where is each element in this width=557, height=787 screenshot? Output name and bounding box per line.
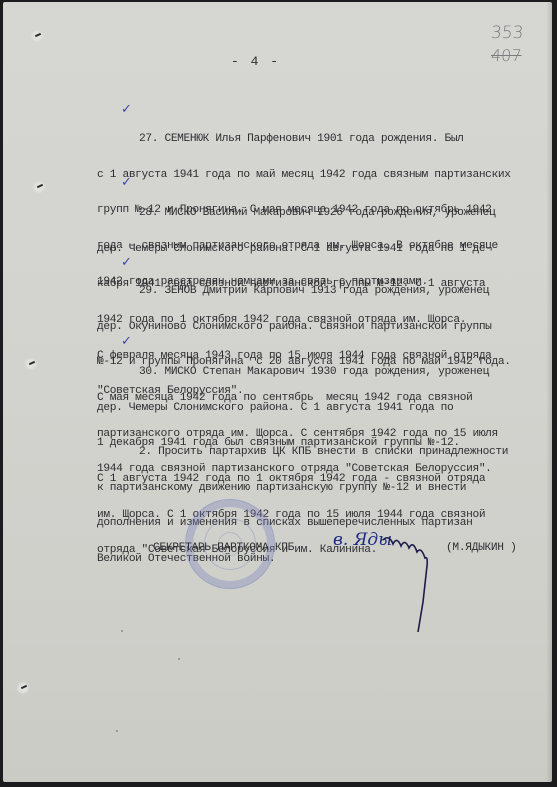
- resolution-line: к партизанскому движению партизанскую гр…: [97, 483, 508, 495]
- punch-hole-middle: [23, 358, 39, 370]
- entry-line: с 1 августа 1941 года по май месяц 1942 …: [97, 170, 511, 182]
- entry-line: 29. ЗЕНОВ Дмитрий Карпович 1913 года рож…: [97, 286, 511, 298]
- archive-number-old: 407: [490, 46, 522, 65]
- signatory-title: СЕКРЕТАРЬ ПАРТКОМА КПБ: [153, 542, 294, 554]
- entry-line: дер. Чемеры Слонимского района. С 1 авгу…: [97, 244, 495, 256]
- document-page: - 4 - 353 407 ✓ ✓ ✓ ✓ 27. СЕМЕНЮК Илья П…: [3, 2, 552, 782]
- punch-hole-upper: [31, 181, 47, 193]
- paper-speck: [178, 658, 180, 660]
- paper-speck: [116, 730, 118, 732]
- punch-hole-top: [29, 30, 45, 42]
- entry-line: дер. Чемеры Слонимского района. С 1 авгу…: [97, 403, 489, 415]
- entry-line: 30. МИСКО Степан Макарович 1930 года рож…: [97, 367, 489, 379]
- signature-stroke: [363, 532, 453, 642]
- entry-line: 28. МИСКО Василий Макарович 1926 года ро…: [97, 208, 495, 220]
- punch-hole-bottom: [15, 682, 31, 694]
- paper-speck: [121, 630, 123, 632]
- entry-line: 27. СЕМЕНЮК Илья Парфенович 1901 года ро…: [97, 134, 511, 146]
- entry-line: дер. Окуниново Слонимского района. Связн…: [97, 322, 511, 334]
- page-number: - 4 -: [231, 54, 280, 69]
- archive-number-current: 353: [490, 23, 524, 43]
- signatory-name: (М.ЯДЫКИН ): [446, 542, 517, 554]
- resolution-line: 2. Просить партархив ЦК КПБ внести в спи…: [97, 447, 508, 459]
- resolution-line: дополнения и изменения в списках вышепер…: [97, 518, 508, 530]
